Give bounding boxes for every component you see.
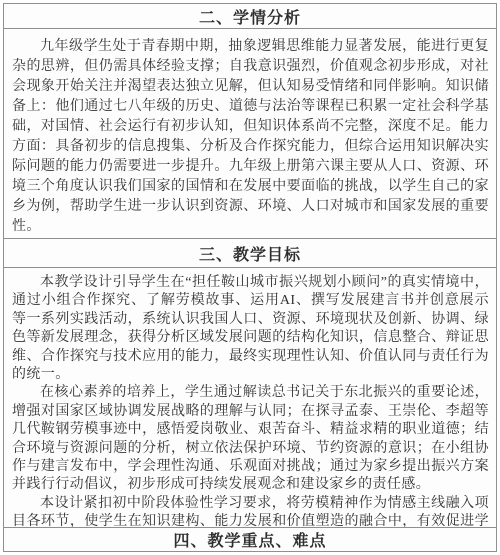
section-heading-teaching-objectives: 三、教学目标	[4, 239, 496, 268]
section-body-learning-analysis: 九年级学生处于青春期中期，抽象逻辑思维能力显著发展，能进行更复杂的思辨，但仍需具…	[4, 29, 496, 239]
paragraph-core-literacy: 在核心素养的培养上，学生通过解读总书记关于东北振兴的重要论述，增强对国家区域协调…	[12, 384, 489, 494]
paragraph-design-summary: 本设计紧扣初中阶段体验性学习要求，将劳模精神作为情感主线融入项目各环节，使学生在…	[12, 495, 489, 528]
section-heading-learning-analysis: 二、学情分析	[4, 4, 496, 29]
paragraph-learning-analysis: 九年级学生处于青春期中期，抽象逻辑思维能力显著发展，能进行更复杂的思辨，但仍需具…	[12, 37, 489, 237]
section-heading-key-points: 四、教学重点、难点	[4, 528, 496, 551]
lesson-plan-document: 二、学情分析 九年级学生处于青春期中期，抽象逻辑思维能力显著发展，能进行更复杂的…	[3, 3, 497, 552]
section-body-teaching-objectives: 本教学设计引导学生在“担任鞍山城市振兴规划小顾问”的真实情境中，通过小组合作探究…	[4, 268, 496, 528]
paragraph-objectives-overview: 本教学设计引导学生在“担任鞍山城市振兴规划小顾问”的真实情境中，通过小组合作探究…	[12, 274, 489, 384]
